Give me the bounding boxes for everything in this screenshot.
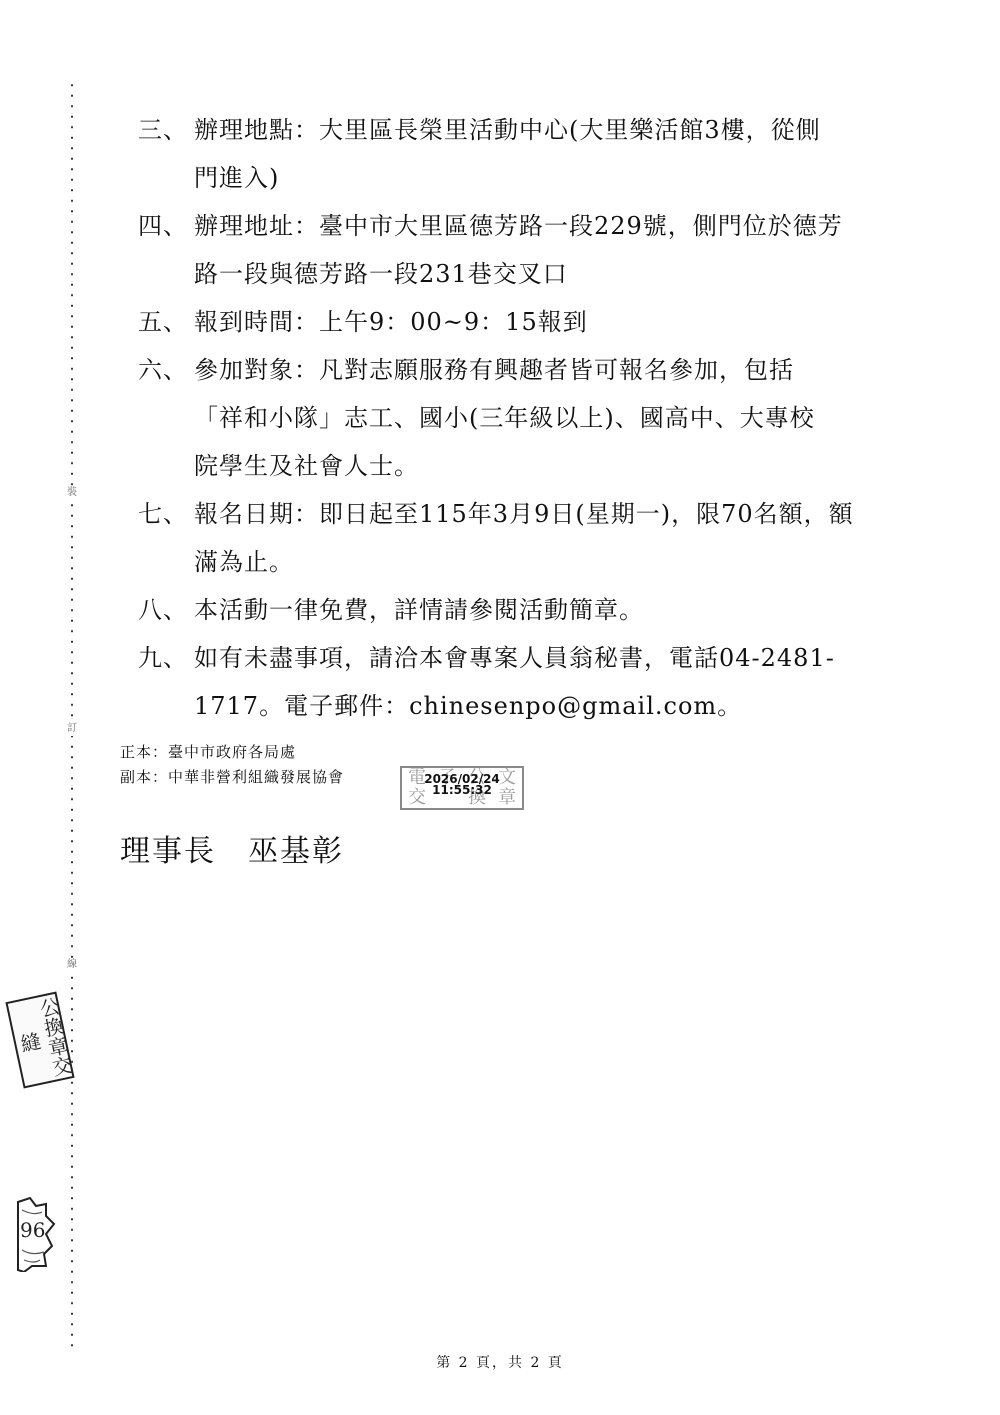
item-location: 三、辦理地點：大里區長榮里活動中心(大里樂活館3樓，從側 門進入) xyxy=(138,106,898,202)
perforation-seal-icon: 96 xyxy=(16,1196,56,1272)
item-checkin-time: 五、報到時間：上午9：00~9：15報到 xyxy=(138,298,898,346)
item-number: 三、 xyxy=(138,106,194,154)
item-text-line: 門進入) xyxy=(138,154,898,202)
item-address: 四、辦理地址：臺中市大里區德芳路一段229號，側門位於德芳 路一段與德芳路一段2… xyxy=(138,202,898,298)
item-fee: 八、本活動一律免費，詳情請參閱活動簡章。 xyxy=(138,586,898,634)
item-text-line: 如有未盡事項，請洽本會專案人員翁秘書，電話04-2481- xyxy=(194,644,835,672)
item-text-line: 滿為止。 xyxy=(138,538,898,586)
distribution-list: 正本：臺中市政府各局處 副本：中華非營利組織發展協會 xyxy=(120,740,344,790)
item-contact: 九、如有未盡事項，請洽本會專案人員翁秘書，電話04-2481- 1717。電子郵… xyxy=(138,634,898,730)
item-text-line: 報到時間：上午9：00~9：15報到 xyxy=(194,308,588,336)
item-number: 五、 xyxy=(138,298,194,346)
seal-text: 公換章交縫 xyxy=(8,995,74,1084)
item-participants: 六、參加對象：凡對志願服務有興趣者皆可報名參加，包括 「祥和小隊」志工、國小(三… xyxy=(138,346,898,490)
item-text-line: 辦理地點：大里區長榮里活動中心(大里樂活館3樓，從側 xyxy=(194,116,821,144)
item-text-line: 1717。電子郵件：chinesenpo@gmail.com。 xyxy=(138,682,898,730)
item-text-line: 「祥和小隊」志工、國小(三年級以上)、國高中、大專校 xyxy=(138,394,898,442)
page-number-footer: 第 2 頁，共 2 頁 xyxy=(0,1352,1000,1372)
chairman-signature: 理事長 巫基彰 xyxy=(120,830,344,874)
item-text-line: 辦理地址：臺中市大里區德芳路一段229號，側門位於德芳 xyxy=(194,212,843,240)
item-text-line: 路一段與德芳路一段231巷交叉口 xyxy=(138,250,898,298)
binding-label-xian: 線 xyxy=(64,958,80,972)
electronic-exchange-stamp: 電 子 公 文 交 換 章 2026/02/24 11:55:32 xyxy=(400,766,524,810)
item-number: 九、 xyxy=(138,634,194,682)
item-text-line: 報名日期：即日起至115年3月9日(星期一)，限70名額，額 xyxy=(194,500,854,528)
binding-dotted-line xyxy=(70,80,74,1350)
item-text-line: 本活動一律免費，詳情請參閱活動簡章。 xyxy=(194,596,644,624)
item-number: 六、 xyxy=(138,346,194,394)
item-registration-date: 七、報名日期：即日起至115年3月9日(星期一)，限70名額，額 滿為止。 xyxy=(138,490,898,586)
copy-recipient: 副本：中華非營利組織發展協會 xyxy=(120,765,344,790)
binding-label-zhuang: 裝 xyxy=(64,486,80,500)
stamp-time: 11:55:32 xyxy=(402,785,522,796)
binding-label-ding: 訂 xyxy=(64,722,80,736)
stamp-timestamp: 2026/02/24 11:55:32 xyxy=(402,774,522,796)
item-number: 八、 xyxy=(138,586,194,634)
item-text-line: 院學生及社會人士。 xyxy=(138,442,898,490)
seal-number: 96 xyxy=(20,1218,45,1242)
original-recipient: 正本：臺中市政府各局處 xyxy=(120,740,344,765)
seam-seal-stamp: 公換章交縫 xyxy=(5,992,74,1089)
item-text-line: 參加對象：凡對志願服務有興趣者皆可報名參加，包括 xyxy=(194,356,794,384)
item-number: 四、 xyxy=(138,202,194,250)
item-number: 七、 xyxy=(138,490,194,538)
